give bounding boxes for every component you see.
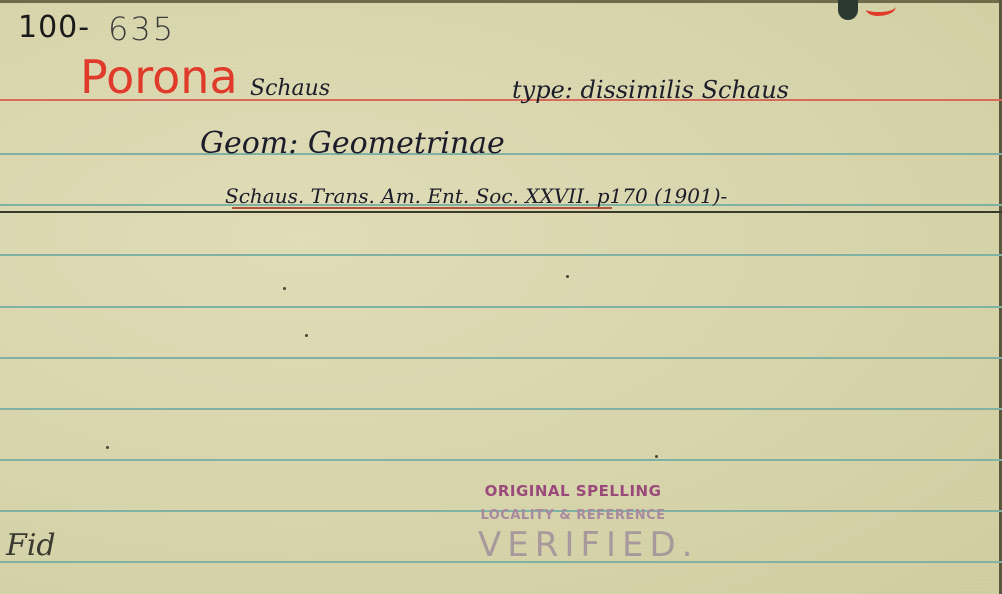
paper-speck [106, 446, 109, 449]
catalog-number-suffix: 635 [108, 10, 175, 48]
citation: Schaus. Trans. Am. Ent. Soc. XXVII. p170… [225, 184, 727, 208]
index-card: 100- 635 Porona Schaus type: dissimilis … [0, 0, 1002, 594]
paper-speck [305, 334, 308, 337]
paper-speck [655, 455, 658, 458]
paper-speck [283, 287, 286, 290]
stamp-line-2: LOCALITY & REFERENCE [478, 508, 668, 523]
classification: Geom: Geometrinae [200, 126, 505, 161]
citation-underline [232, 207, 612, 209]
genus-author: Schaus [250, 76, 330, 101]
ruled-line [0, 357, 1002, 359]
verification-stamp: ORIGINAL SPELLING LOCALITY & REFERENCE V… [478, 482, 668, 565]
stamp-line-3: VERIFIED. [478, 525, 668, 565]
paper-speck [566, 275, 569, 278]
ruled-line [0, 254, 1002, 256]
catalog-number-prefix: 100- [18, 10, 90, 45]
ink-blot-mark [838, 0, 858, 20]
ruled-line [0, 459, 1002, 461]
genus-name: Porona [80, 50, 238, 104]
type-species: type: dissimilis Schaus [512, 76, 789, 104]
ruled-line [0, 306, 1002, 308]
red-tab-mark [866, 0, 896, 16]
dark-divider-rule [0, 211, 1002, 213]
stamp-line-1: ORIGINAL SPELLING [478, 482, 668, 500]
ruled-line [0, 408, 1002, 410]
bottom-note: Fid [6, 528, 56, 563]
